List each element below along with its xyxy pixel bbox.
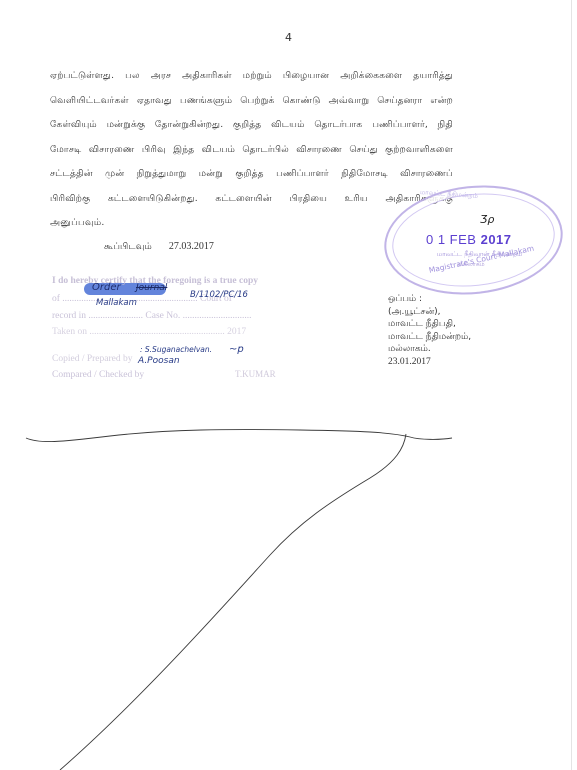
cancel-stroke-top — [26, 430, 452, 442]
cancel-stroke-diagonal — [60, 434, 406, 770]
cancellation-strokes — [0, 0, 577, 770]
